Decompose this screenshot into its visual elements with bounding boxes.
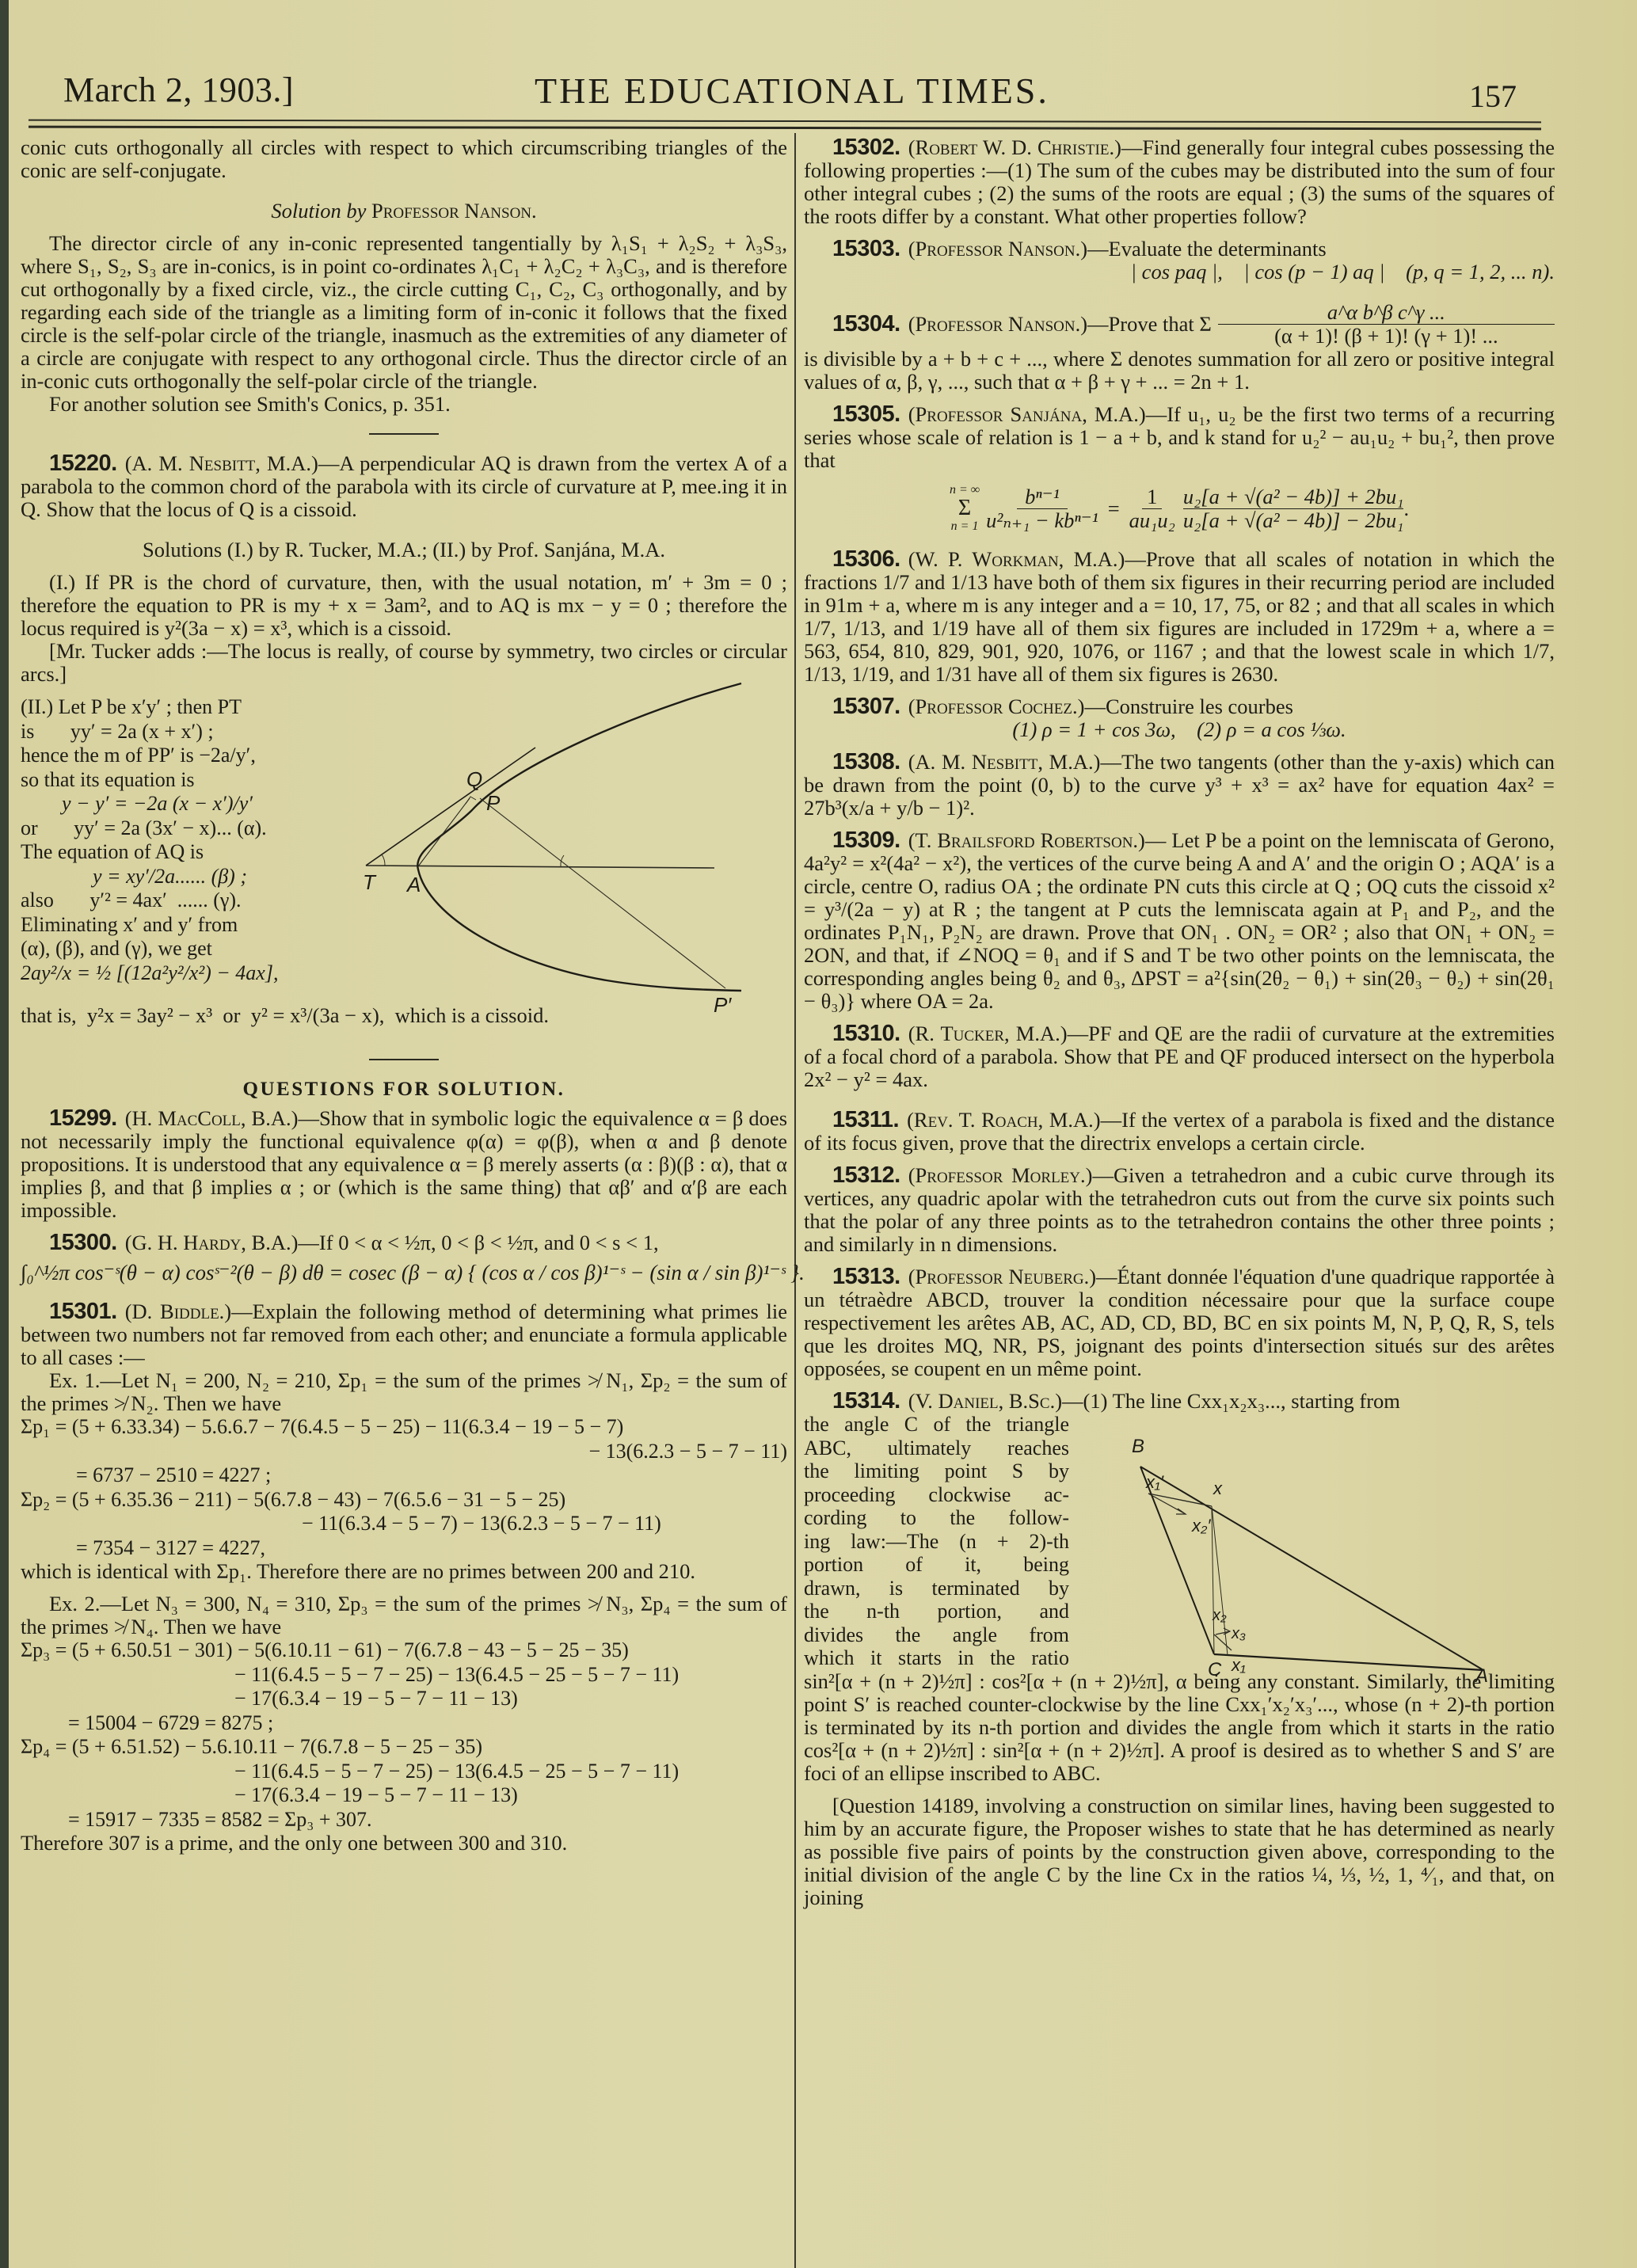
solution-heading: Solution by Professor Nanson. bbox=[21, 200, 787, 223]
question-15312: 15312.(Professor Morley.)—Given a tetrah… bbox=[804, 1164, 1555, 1256]
example-2-intro: Ex. 2.—Let N₃ = 300, N₄ = 310, Σp₃ = the… bbox=[21, 1593, 787, 1638]
page-binding-edge bbox=[0, 0, 9, 2268]
calc-line: = 7354 − 3127 = 4227, bbox=[21, 1536, 787, 1561]
formula-15307: (1) ρ = 1 + cos 3ω, (2) ρ = a cos ⅓ω. bbox=[804, 718, 1555, 741]
example-1-calc: Σp₁ = (5 + 6.33.34) − 5.6.6.7 − 7(6.4.5 … bbox=[21, 1415, 787, 1560]
calc-line: − 11(6.4.5 − 5 − 7 − 25) − 13(6.4.5 − 25… bbox=[21, 1760, 787, 1784]
question-15301: 15301.(D. Biddle.)—Explain the following… bbox=[21, 1300, 787, 1369]
calc-line: − 11(6.3.4 − 5 − 7) − 13(6.2.3 − 5 − 7 −… bbox=[21, 1512, 787, 1536]
svg-text:Q: Q bbox=[466, 767, 482, 791]
calc-line: − 13(6.2.3 − 5 − 7 − 11) bbox=[21, 1440, 787, 1464]
example-2-calc: Σp₃ = (5 + 6.50.51 − 301) − 5(6.10.11 − … bbox=[21, 1638, 787, 1832]
sol2-line: hence the m of PP′ is −2a/y′, bbox=[21, 744, 353, 768]
question-15304: 15304.(Professor Nanson.)—Prove that Σ a… bbox=[804, 301, 1555, 394]
example-2-conclusion: Therefore 307 is a prime, and the only o… bbox=[21, 1832, 787, 1855]
formula-15305: n = ∞ Σ n = 1 bⁿ⁻¹ u²ₙ₊₁ − kbⁿ⁻¹ = 1 au₁… bbox=[804, 483, 1555, 534]
fraction-15304: a^α b^β c^γ ... (α + 1)! (β + 1)! (γ + 1… bbox=[1218, 301, 1555, 348]
note-question-14189: [Question 14189, involving a constructio… bbox=[804, 1794, 1555, 1909]
question-15311: 15311.(Rev. T. Roach, M.A.)—If the verte… bbox=[804, 1109, 1555, 1155]
solution-2-block: (II.) Let P be x′y′ ; then PT is yy′ = 2… bbox=[21, 695, 787, 1004]
question-15300: 15300.(G. H. Hardy, B.A.)—If 0 < α < ½π,… bbox=[21, 1231, 787, 1254]
header-date: March 2, 1903.] bbox=[63, 70, 294, 110]
sol2-line: also y′² = 4ax′ ...... (γ). bbox=[21, 889, 353, 913]
svg-text:x₃: x₃ bbox=[1231, 1625, 1246, 1642]
sol2-line: (α), (β), and (γ), we get bbox=[21, 937, 353, 961]
solutions-heading: Solutions (I.) by R. Tucker, M.A.; (II.)… bbox=[21, 538, 787, 561]
formula-15300: ∫₀^½π cos⁻ˢ(θ − α) cosˢ⁻²(θ − β) dθ = co… bbox=[21, 1254, 787, 1291]
section-rule bbox=[369, 433, 439, 435]
question-15314-figure-block: the angle C of the triangle ABC, ultimat… bbox=[804, 1413, 1555, 1670]
question-15303: 15303.(Professor Nanson.)—Evaluate the d… bbox=[804, 238, 1555, 261]
example-1-conclusion: which is identical with Σp₁. Therefore t… bbox=[21, 1560, 787, 1583]
sol2-line: or yy′ = 2a (3x′ − x)... (α). bbox=[21, 816, 353, 841]
question-15309: 15309.(T. Brailsford Robertson.)— Let P … bbox=[804, 829, 1555, 1013]
calc-line: − 17(6.3.4 − 19 − 5 − 7 − 11 − 13) bbox=[21, 1783, 787, 1808]
svg-text:P′: P′ bbox=[714, 993, 732, 1012]
svg-text:x₁: x₁ bbox=[1231, 1655, 1246, 1675]
solution-body: The director circle of any in-conic repr… bbox=[21, 232, 787, 393]
svg-text:A: A bbox=[1474, 1665, 1488, 1682]
section-rule bbox=[369, 1059, 439, 1060]
svg-text:x: x bbox=[1213, 1478, 1223, 1498]
svg-text:x₂: x₂ bbox=[1212, 1607, 1227, 1624]
column-divider bbox=[794, 133, 796, 2268]
question-15314-continued: sin²[α + (n + 2)½π] : cos²[α + (n + 2)½π… bbox=[804, 1670, 1555, 1785]
page-header: March 2, 1903.] THE EDUCATIONAL TIMES. 1… bbox=[0, 62, 1637, 117]
question-15220: 15220.(A. M. Nesbitt, M.A.)—A perpendicu… bbox=[21, 452, 787, 521]
svg-text:T: T bbox=[363, 870, 377, 894]
question-15305: 15305.(Professor Sanjána, M.A.)—If u₁, u… bbox=[804, 403, 1555, 472]
calc-line: Σp₁ = (5 + 6.33.34) − 5.6.6.7 − 7(6.4.5 … bbox=[21, 1415, 787, 1440]
triangle-diagram: B x₁′ x x₂′ x₂ x₃ C x₁ A bbox=[1105, 1413, 1548, 1682]
svg-text:A: A bbox=[405, 873, 421, 896]
example-1-intro: Ex. 1.—Let N₁ = 200, N₂ = 210, Σp₁ = the… bbox=[21, 1369, 787, 1415]
right-column: 15302.(Robert W. D. Christie.)—Find gene… bbox=[804, 136, 1555, 1909]
sol2-line: so that its equation is bbox=[21, 768, 353, 793]
left-column: conic cuts orthogonally all circles with… bbox=[21, 136, 787, 1855]
calc-line: − 17(6.3.4 − 19 − 5 − 7 − 11 − 13) bbox=[21, 1687, 787, 1711]
calc-line: = 6737 − 2510 = 4227 ; bbox=[21, 1463, 787, 1488]
question-15308: 15308.(A. M. Nesbitt, M.A.)—The two tang… bbox=[804, 751, 1555, 820]
sol2-line: The equation of AQ is bbox=[21, 840, 353, 865]
calc-line: Σp₂ = (5 + 6.35.36 − 211) − 5(6.7.8 − 43… bbox=[21, 1488, 787, 1513]
parabola-diagram: T A Q P P′ bbox=[353, 679, 797, 1012]
solution-1: (I.) If PR is the chord of curvature, th… bbox=[21, 571, 787, 640]
questions-heading: QUESTIONS FOR SOLUTION. bbox=[21, 1078, 787, 1101]
question-15302: 15302.(Robert W. D. Christie.)—Find gene… bbox=[804, 136, 1555, 228]
question-15313: 15313.(Professor Neuberg.)—Étant donnée … bbox=[804, 1265, 1555, 1380]
calc-line: Σp₃ = (5 + 6.50.51 − 301) − 5(6.10.11 − … bbox=[21, 1638, 787, 1663]
sol2-line: Eliminating x′ and y′ from bbox=[21, 913, 353, 938]
calc-line: = 15917 − 7335 = 8582 = Σp₃ + 307. bbox=[21, 1808, 787, 1832]
sol2-line: (II.) Let P be x′y′ ; then PT bbox=[21, 695, 353, 720]
question-15299: 15299.(H. MacColl, B.A.)—Show that in sy… bbox=[21, 1107, 787, 1222]
question-15306: 15306.(W. P. Workman, M.A.)—Prove that a… bbox=[804, 548, 1555, 686]
formula-15303: | cos paq |, | cos (p − 1) aq | (p, q = … bbox=[804, 261, 1555, 283]
calc-line: − 11(6.4.5 − 5 − 7 − 25) − 13(6.4.5 − 25… bbox=[21, 1663, 787, 1688]
calc-line: = 15004 − 6729 = 8275 ; bbox=[21, 1711, 787, 1736]
svg-text:P: P bbox=[486, 791, 501, 815]
sol2-line: y − y′ = −2a (x − x′)/y′ bbox=[21, 792, 353, 816]
sol2-line: is yy′ = 2a (x + x′) ; bbox=[21, 720, 353, 744]
svg-text:x₁′: x₁′ bbox=[1145, 1472, 1164, 1492]
question-15307: 15307.(Professor Cochez.)—Construire les… bbox=[804, 695, 1555, 718]
question-15310: 15310.(R. Tucker, M.A.)—PF and QE are th… bbox=[804, 1022, 1555, 1091]
svg-text:x₂′: x₂′ bbox=[1191, 1516, 1211, 1535]
sol2-line: y = xy′/2a...... (β) ; bbox=[21, 865, 353, 889]
sol2-line: 2ay²/x = ½ [(12a²y²/x²) − 4ax], bbox=[21, 961, 353, 986]
header-title: THE EDUCATIONAL TIMES. bbox=[535, 70, 1049, 112]
solution-reference: For another solution see Smith's Conics,… bbox=[21, 393, 787, 416]
calc-line: Σp₄ = (5 + 6.51.52) − 5.6.10.11 − 7(6.7.… bbox=[21, 1735, 787, 1760]
svg-text:B: B bbox=[1132, 1436, 1144, 1457]
question-15314: 15314.(V. Daniel, B.Sc.)—(1) The line Cx… bbox=[804, 1390, 1555, 1413]
svg-text:C: C bbox=[1208, 1659, 1222, 1680]
intro-text: conic cuts orthogonally all circles with… bbox=[21, 136, 787, 182]
header-page-number: 157 bbox=[1469, 78, 1517, 115]
